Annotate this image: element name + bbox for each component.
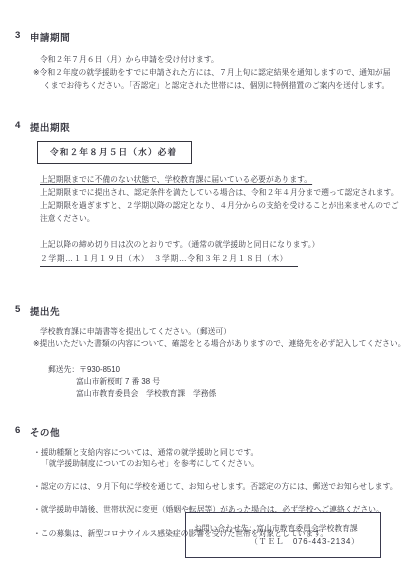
note-paragraph: ※令和２年度の就学援助をすでに申請された方には、７月上旬に認定結果を通知しますの… [33, 66, 393, 79]
section-number: 4 [15, 120, 21, 134]
section-heading: 6 その他 [15, 425, 393, 439]
postal-code-line: 郵送先：〒930-8510 [48, 364, 393, 376]
mailing-address-block: 郵送先：〒930-8510 富山市新桜町 7 番 38 号 富山市教育委員会 学… [48, 364, 393, 399]
note-paragraph: ※提出いただいた書類の内容について、確認をとる場合がありますので、連絡先を必ず記… [33, 338, 393, 350]
section-body: 上記期限までに不備のない状態で、学校教育課に届いている必要があります。 上記期限… [40, 173, 393, 268]
section-number: 6 [15, 425, 21, 439]
paragraph: 上記以降の締め切り日は次のとおりです。（通常の就学援助と同日になります。） [40, 238, 393, 251]
paragraph: 令和２年７月６日（月）から申請を受け付けます。 [40, 53, 393, 66]
bullet-item: ・認定の方には、９月下旬に学校を通じて、お知らせします。否認定の方には、郵送でお… [33, 481, 393, 493]
office-line: 富山市教育委員会 学校教育課 学務係 [76, 388, 393, 400]
bullet-line: ・援助種類と支給内容については、通常の就学援助と同じです。 [33, 447, 393, 459]
section-heading: 5 提出先 [15, 304, 393, 318]
paragraph: 学校教育課に申請書等を提出してください。（郵送可） [40, 326, 393, 338]
bullet-item: ・援助種類と支給内容については、通常の就学援助と同じです。 「就学援助制度につい… [33, 447, 393, 470]
underlined-paragraph: 上記期限までに不備のない状態で、学校教育課に届いている必要があります。 [40, 175, 312, 184]
section-submission-deadline: 4 提出期限 令和２年８月５日（水）必着 上記期限までに不備のない状態で、学校教… [15, 120, 393, 268]
address-line: 富山市新桜町 7 番 38 号 [76, 376, 393, 388]
paragraph-continued: 注意ください。 [40, 212, 393, 225]
contact-box: お問い合わせ先：富山市教育委員会学校教育課 （ＴＥＬ 076-443-2134） [185, 512, 381, 558]
section-body: 令和２年７月６日（月）から申請を受け付けます。 ※令和２年度の就学援助をすでに申… [40, 53, 393, 93]
contact-line: お問い合わせ先：富山市教育委員会学校教育課 [194, 522, 373, 535]
section-title: 提出期限 [30, 120, 70, 134]
bullet-line: ・認定の方には、９月下旬に学校を通じて、お知らせします。否認定の方には、郵送でお… [33, 481, 393, 493]
paragraph: 上記期限までに提出され、認定条件を満たしている場合は、令和２年４月分まで遡って認… [40, 186, 393, 199]
document-page: 3 申請期間 令和２年７月６日（月）から申請を受け付けます。 ※令和２年度の就学… [0, 0, 403, 577]
section-title: 提出先 [30, 304, 60, 318]
section-application-period: 3 申請期間 令和２年７月６日（月）から申請を受け付けます。 ※令和２年度の就学… [15, 30, 393, 93]
term-deadlines-underlined: ２学期…１１月１９日（木） ３学期…令和３年２月１８日（木） [40, 252, 298, 268]
section-heading: 3 申請期間 [15, 30, 393, 44]
bullet-line-continued: 「就学援助制度についてのお知らせ」を参考にしてください。 [41, 458, 393, 470]
deadline-box: 令和２年８月５日（水）必着 [37, 141, 192, 164]
section-title: その他 [30, 425, 60, 439]
section-body: 学校教育課に申請書等を提出してください。（郵送可） ※提出いただいた書類の内容に… [40, 326, 393, 349]
contact-phone: （ＴＥＬ 076-443-2134） [194, 535, 373, 548]
section-title: 申請期間 [30, 30, 70, 44]
section-number: 3 [15, 30, 21, 44]
paragraph: 上記期限を過ぎますと、２学期以降の認定となり、４月分からの支給を受けることが出来… [40, 199, 393, 212]
section-submission-address: 5 提出先 学校教育課に申請書等を提出してください。（郵送可） ※提出いただいた… [15, 304, 393, 399]
note-paragraph-continued: くまでお待ちください。「否認定」と認定された世帯には、個別に特例措置のご案内を送… [43, 79, 393, 92]
section-number: 5 [15, 304, 21, 318]
section-heading: 4 提出期限 [15, 120, 393, 134]
